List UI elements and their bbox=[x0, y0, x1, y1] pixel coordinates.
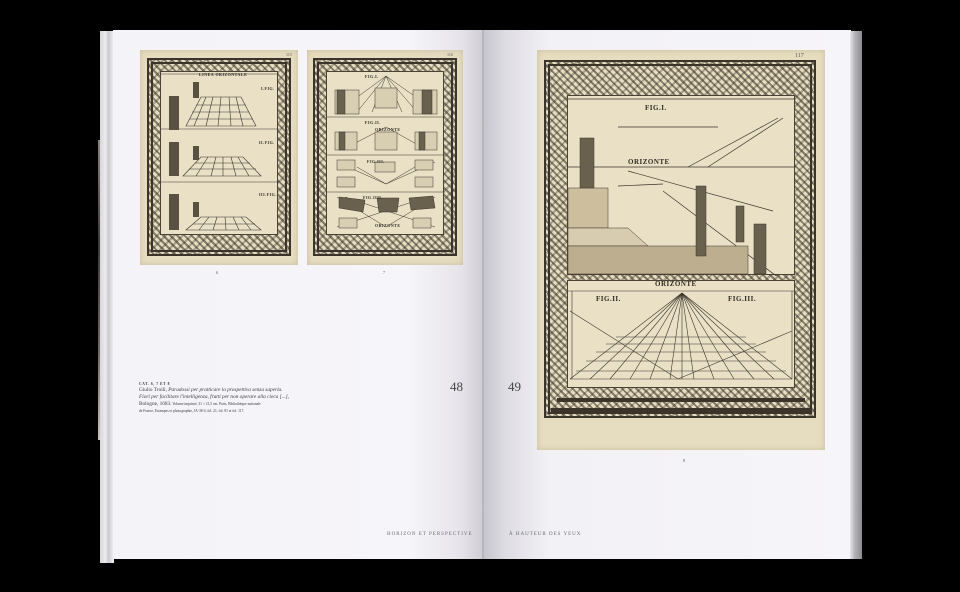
caption-heading: CAT. 6, 7 ET 8 bbox=[139, 382, 319, 386]
plate-label: ORIZONTE bbox=[375, 223, 401, 228]
plate-number: 7 bbox=[383, 270, 385, 275]
caption-author: Giulio Troili, bbox=[139, 387, 168, 393]
plate-label: FIG.I. bbox=[365, 74, 379, 79]
book-spread: LINEA ORIZONTALE I.FIG. II.FIG. III.FIG.… bbox=[0, 0, 960, 592]
caption-line-1: Giulio Troili, Paradossi per pratticare … bbox=[139, 387, 319, 394]
plate-label: ORIZONTE bbox=[628, 158, 670, 166]
plate-label: FIG.III. bbox=[367, 159, 385, 164]
plate-6: LINEA ORIZONTALE I.FIG. II.FIG. III.FIG.… bbox=[140, 50, 298, 265]
book-gutter bbox=[482, 30, 484, 559]
running-footer-left: HORIZON ET PERSPECTIVE bbox=[387, 532, 473, 537]
page-number-right: 49 bbox=[508, 379, 521, 395]
perspective-grid-illustration bbox=[161, 72, 279, 236]
catalogue-caption: CAT. 6, 7 ET 8 Giulio Troili, Paradossi … bbox=[139, 382, 319, 414]
perspective-boxes-illustration bbox=[327, 72, 445, 236]
plate-7: FIG.I. FIG.II. ORIZONTE FIG.III. FIG.III… bbox=[307, 50, 463, 265]
caption-line-3: Bologne, 1683. Volume imprimé, 31 × 21,5… bbox=[139, 401, 319, 408]
page-number-left: 48 bbox=[450, 379, 463, 395]
left-page-stack-edge bbox=[100, 31, 114, 563]
figure-horizon-viewer-illustration bbox=[568, 96, 796, 276]
plate-8-fig2-fig3: ORIZONTE FIG.II. FIG.III. bbox=[567, 280, 795, 388]
plate-7-engraving: FIG.I. FIG.II. ORIZONTE FIG.III. FIG.III… bbox=[326, 71, 444, 235]
plate-label: FIG.I. bbox=[645, 104, 667, 112]
plate-label: III.FIG. bbox=[259, 192, 277, 197]
plate-6-engraving: LINEA ORIZONTALE I.FIG. II.FIG. III.FIG. bbox=[160, 71, 278, 235]
plate-number: 6 bbox=[216, 270, 218, 275]
base-molding bbox=[551, 408, 811, 412]
base-molding bbox=[557, 398, 805, 402]
right-page-stack-edge bbox=[850, 31, 862, 559]
caption-line-2: Fiori per facilitare l'intelligenza, fru… bbox=[139, 394, 319, 401]
caption-details: Volume imprimé, 31 × 21,5 cm. Paris, Bib… bbox=[172, 402, 261, 406]
caption-place-date: Bologne, 1683. bbox=[139, 401, 172, 407]
plate-label: FIG.II. bbox=[596, 295, 621, 303]
caption-title-cont: Fiori per facilitare l'intelligenza, fru… bbox=[139, 394, 289, 400]
plate-8: FIG.I. ORIZONTE ORIZONTE FIG.II. FIG.III… bbox=[537, 50, 825, 450]
folio-number: 115 bbox=[286, 52, 292, 57]
plate-label: FIG.II. bbox=[365, 120, 381, 125]
plate-label: FIG.III. bbox=[728, 295, 756, 303]
plate-label: ORIZONTE bbox=[655, 280, 697, 288]
plate-label: LINEA ORIZONTALE bbox=[199, 72, 247, 77]
folio-number: 116 bbox=[447, 52, 453, 57]
plate-label: I.FIG. bbox=[261, 86, 275, 91]
plate-label: II.FIG. bbox=[259, 140, 275, 145]
caption-title: Paradossi per pratticare la prospettiva … bbox=[168, 387, 282, 393]
plate-8-fig1: FIG.I. ORIZONTE bbox=[567, 95, 795, 275]
folio-number: 117 bbox=[795, 53, 804, 59]
plate-label: ORIZONTE bbox=[375, 127, 401, 132]
plate-label: FIG.IIII. bbox=[363, 195, 383, 200]
plate-number: 8 bbox=[683, 458, 685, 463]
caption-line-4: de France, Estampes et photographie, JA-… bbox=[139, 408, 319, 414]
running-footer-right: À HAUTEUR DES YEUX bbox=[509, 532, 581, 537]
